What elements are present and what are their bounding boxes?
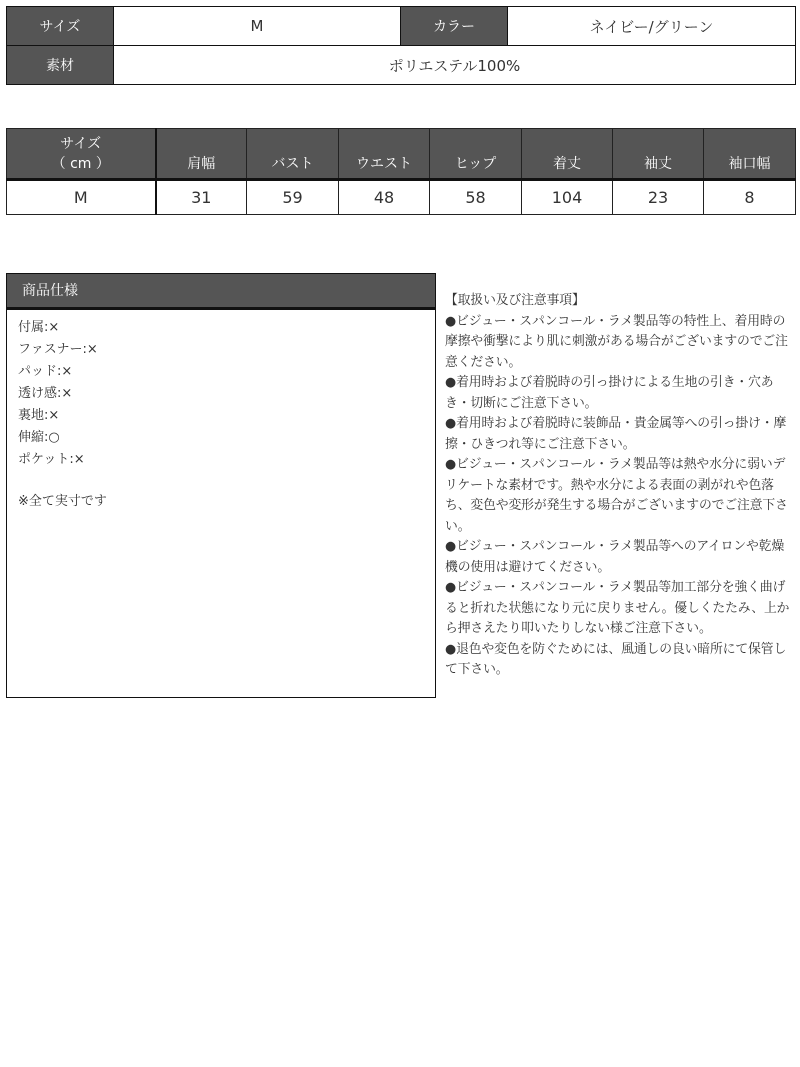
material-value: ポリエステル100% (114, 46, 796, 85)
spec-item-accessories: 付属:× (18, 317, 435, 339)
cell-shoulder: 31 (156, 180, 247, 215)
column-header-sleeve-length: 袖丈 (613, 129, 704, 180)
care-note-item: ●ビジュー・スパンコール・ラメ製品等へのアイロンや乾燥機の使用は避けてください。 (445, 537, 795, 578)
size-chart-table: サイズ （ cm ） 肩幅 バスト ウエスト ヒップ 着丈 袖丈 袖口幅 M 3… (6, 128, 796, 215)
column-header-hip: ヒップ (430, 129, 522, 180)
info-row-size-color: サイズ M カラー ネイビー/グリーン (7, 7, 796, 46)
row-size: M (7, 180, 156, 215)
size-chart-header-row: サイズ （ cm ） 肩幅 バスト ウエスト ヒップ 着丈 袖丈 袖口幅 (7, 129, 796, 180)
cell-length: 104 (522, 180, 613, 215)
column-header-bust: バスト (247, 129, 339, 180)
care-notes-title: 【取扱い及び注意事項】 (445, 291, 795, 312)
spec-item-pad: パッド:× (18, 361, 435, 383)
size-value: M (114, 7, 401, 46)
cell-cuff-width: 8 (704, 180, 796, 215)
column-header-cuff-width: 袖口幅 (704, 129, 796, 180)
column-header-waist: ウエスト (339, 129, 430, 180)
color-label: カラー (401, 7, 508, 46)
spacer (18, 471, 435, 491)
product-info-table: サイズ M カラー ネイビー/グリーン 素材 ポリエステル100% (6, 6, 796, 85)
spec-item-stretch: 伸縮:○ (18, 427, 435, 449)
column-header-shoulder: 肩幅 (156, 129, 247, 180)
size-header-line1: サイズ (7, 134, 155, 154)
care-notes: 【取扱い及び注意事項】 ●ビジュー・スパンコール・ラメ製品等の特性上、着用時の摩… (445, 291, 795, 681)
color-value: ネイビー/グリーン (508, 7, 796, 46)
care-note-item: ●ビジュー・スパンコール・ラメ製品等加工部分を強く曲げると折れた状態になり元に戻… (445, 578, 795, 640)
spec-note: ※全て実寸です (18, 491, 435, 513)
spec-item-pocket: ポケット:× (18, 449, 435, 471)
spec-item-lining: 裏地:× (18, 405, 435, 427)
material-label: 素材 (7, 46, 114, 85)
cell-waist: 48 (339, 180, 430, 215)
spec-item-sheerness: 透け感:× (18, 383, 435, 405)
care-note-item: ●ビジュー・スパンコール・ラメ製品等の特性上、着用時の摩擦や衝撃により肌に刺激が… (445, 312, 795, 374)
cell-bust: 59 (247, 180, 339, 215)
table-row: M 31 59 48 58 104 23 8 (7, 180, 796, 215)
care-note-item: ●着用時および着脱時の引っ掛けによる生地の引き・穴あき・切断にご注意下さい。 (445, 373, 795, 414)
column-header-length: 着丈 (522, 129, 613, 180)
care-note-item: ●退色や変色を防ぐためには、風通しの良い暗所にて保管して下さい。 (445, 640, 795, 681)
spec-title: 商品仕様 (7, 274, 435, 310)
size-label: サイズ (7, 7, 114, 46)
spec-item-fastener: ファスナー:× (18, 339, 435, 361)
cell-hip: 58 (430, 180, 522, 215)
spec-list: 付属:× ファスナー:× パッド:× 透け感:× 裏地:× 伸縮:○ ポケット:… (7, 310, 435, 513)
product-spec-box: 商品仕様 付属:× ファスナー:× パッド:× 透け感:× 裏地:× 伸縮:○ … (6, 273, 436, 698)
care-note-item: ●ビジュー・スパンコール・ラメ製品等は熱や水分に弱いデリケートな素材です。熱や水… (445, 455, 795, 537)
size-chart-header-size: サイズ （ cm ） (7, 129, 156, 180)
care-note-item: ●着用時および着脱時に装飾品・貴金属等への引っ掛け・摩擦・ひきつれ等にご注意下さ… (445, 414, 795, 455)
cell-sleeve-length: 23 (613, 180, 704, 215)
info-row-material: 素材 ポリエステル100% (7, 46, 796, 85)
size-header-line2: （ cm ） (7, 154, 155, 174)
